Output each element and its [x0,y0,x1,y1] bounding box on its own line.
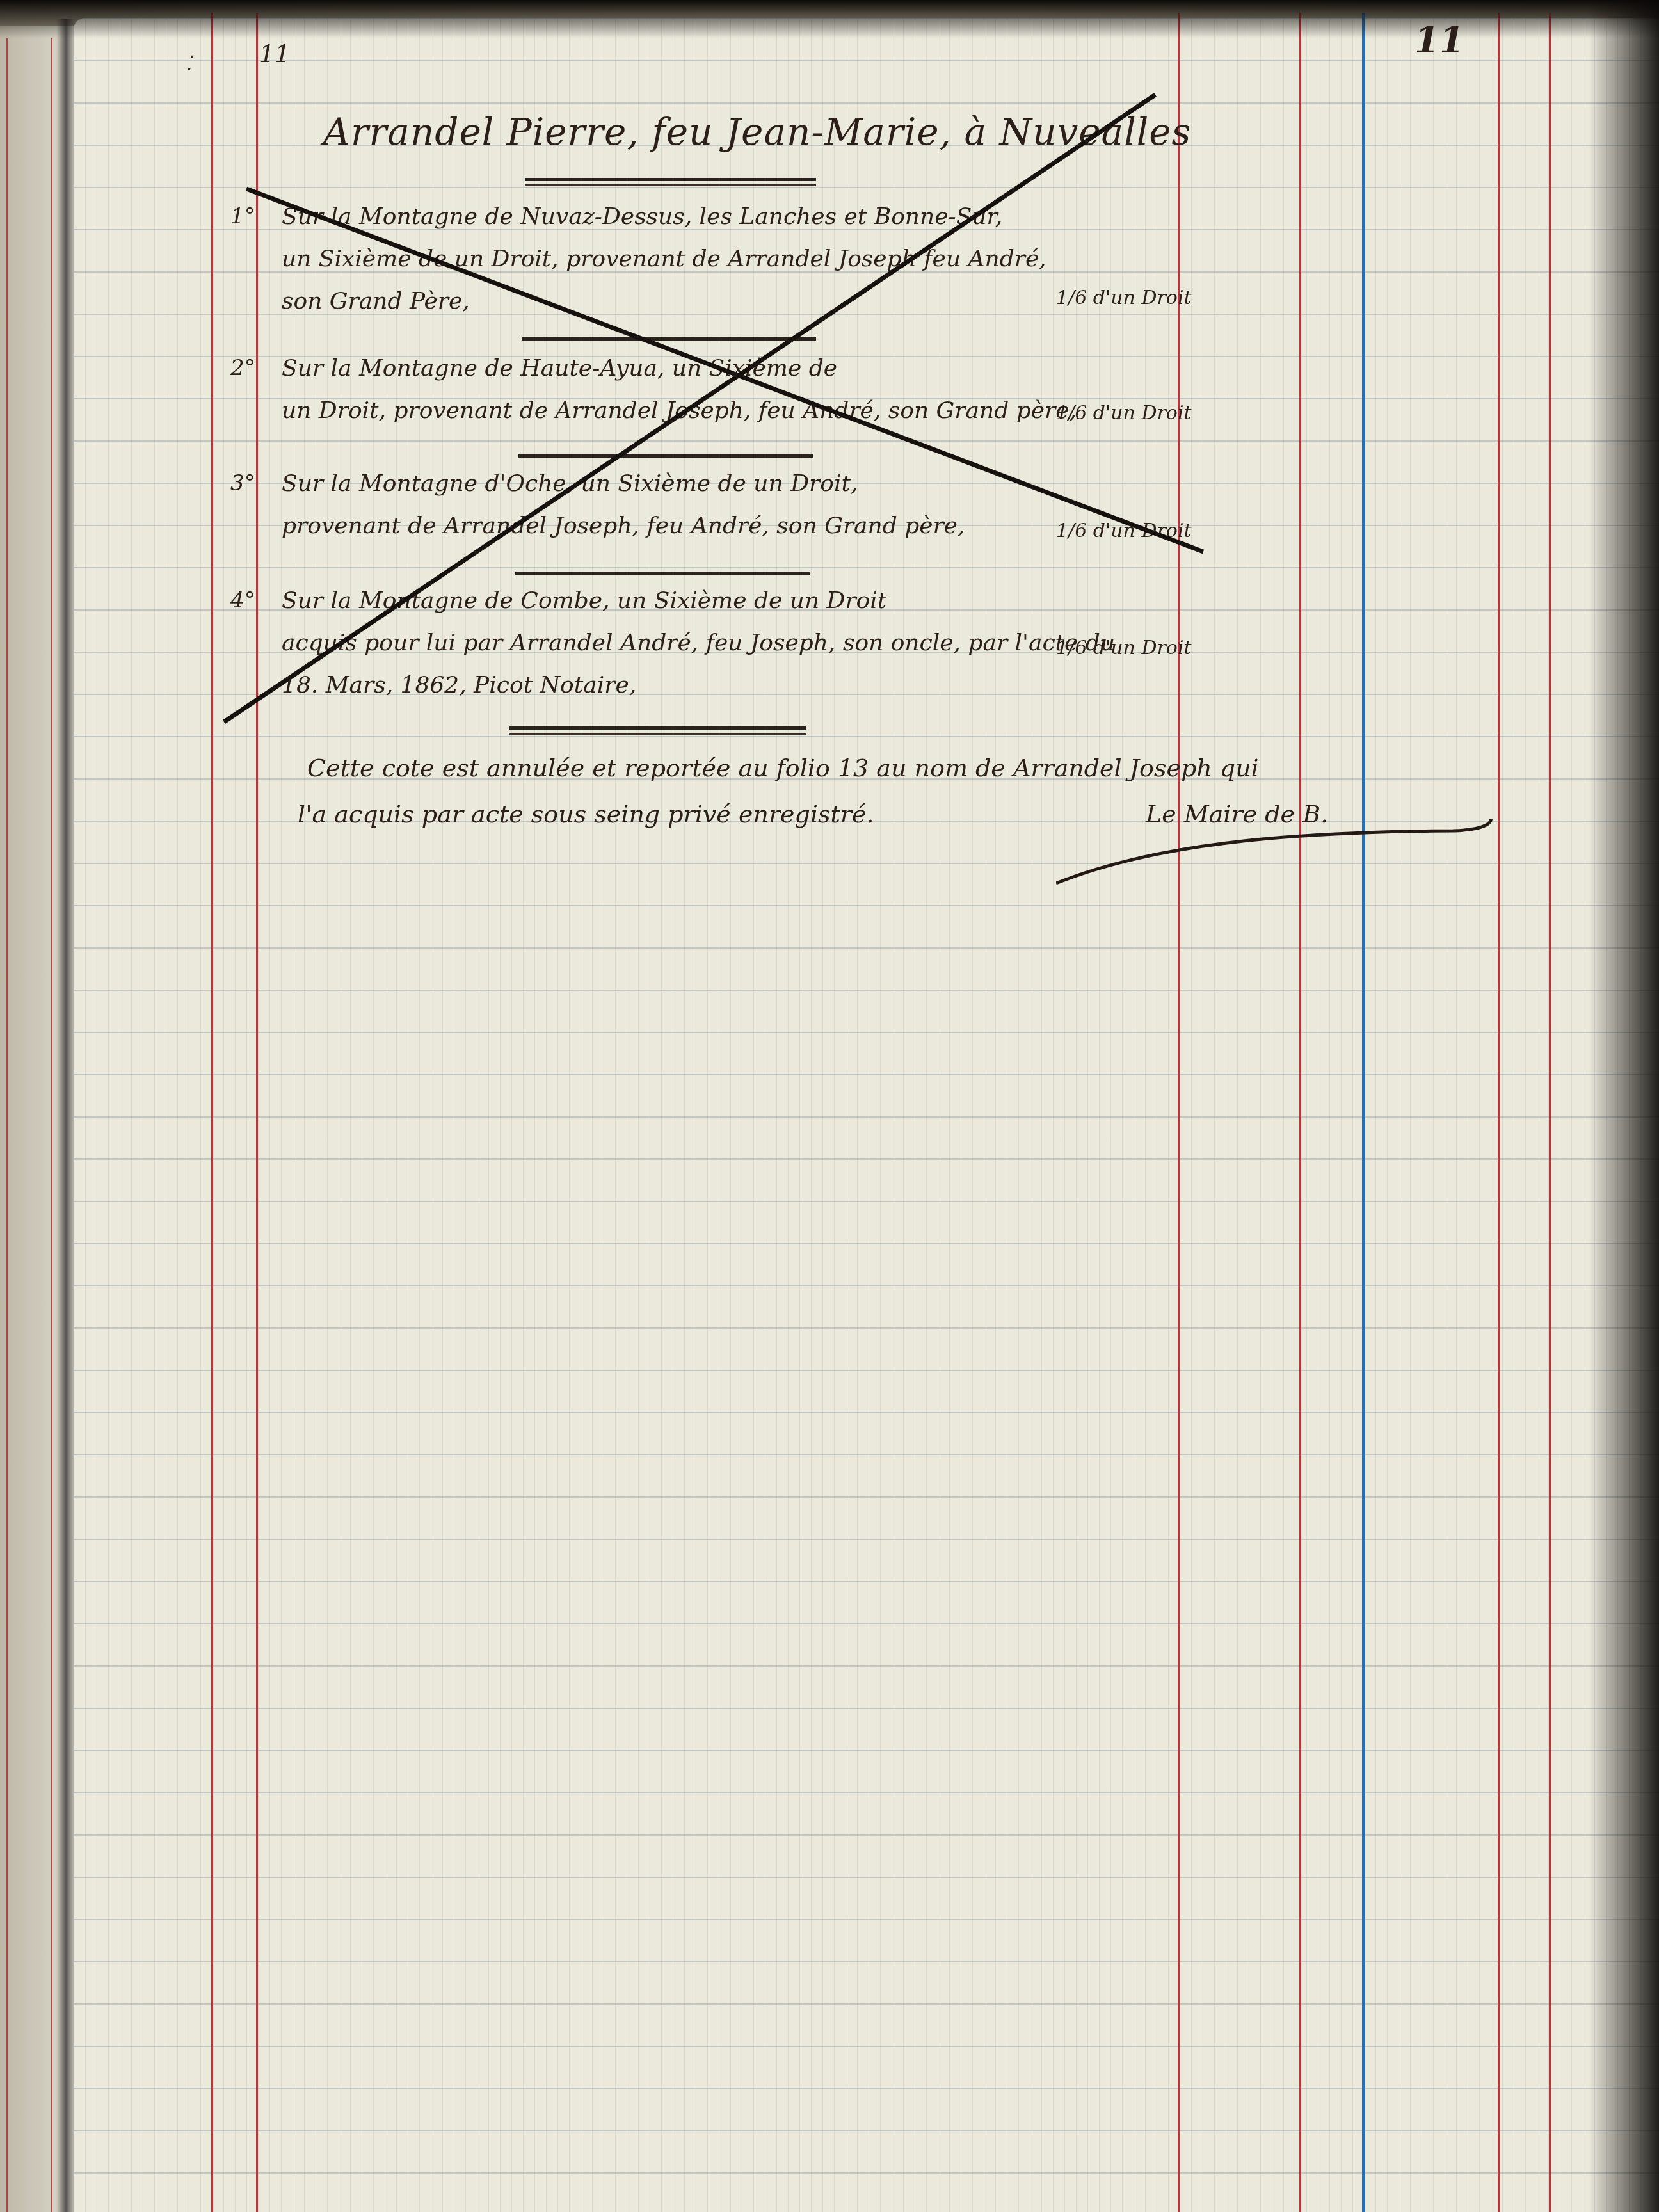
strike-through-cross-icon [0,0,1659,2212]
